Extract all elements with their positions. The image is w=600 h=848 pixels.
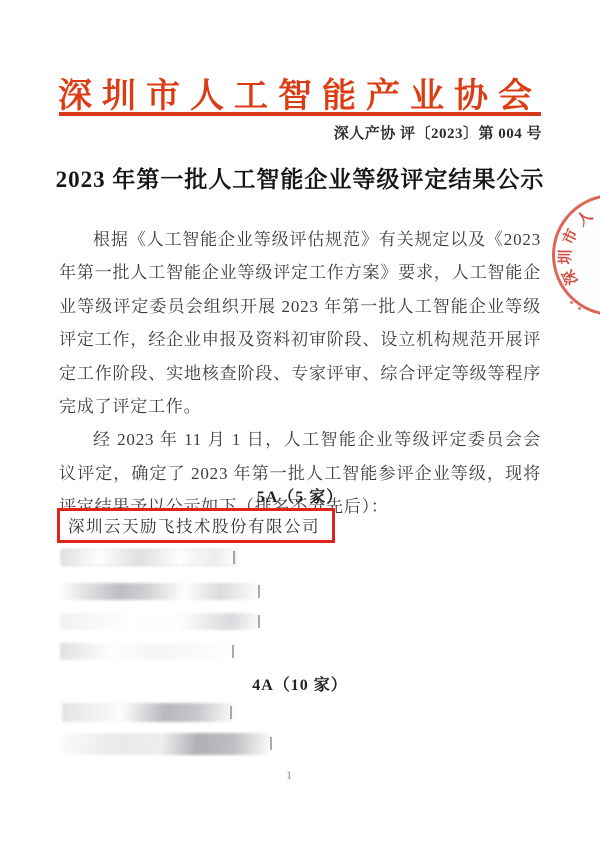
document-body: 根据《人工智能企业等级评估规范》有关规定以及《2023 年第一批人工智能企业等级… bbox=[59, 223, 541, 524]
scanned-document-page: { "document": { "org_name": "深圳市人工智能产业协会… bbox=[0, 0, 600, 848]
redacted-company-row bbox=[60, 643, 235, 660]
redaction-mark bbox=[230, 706, 232, 719]
redaction-mark bbox=[270, 737, 272, 750]
seal-dot bbox=[578, 307, 581, 310]
paragraph-1: 根据《人工智能企业等级评估规范》有关规定以及《2023 年第一批人工智能企业等级… bbox=[59, 223, 541, 423]
redacted-company-row bbox=[60, 613, 260, 630]
redacted-company-row bbox=[60, 549, 236, 566]
seal-character: 圳 bbox=[558, 249, 574, 265]
redaction-mark bbox=[232, 645, 234, 658]
highlighted-company-name: 深圳云天励飞技术股份有限公司 bbox=[68, 517, 320, 536]
letterhead-divider bbox=[59, 112, 541, 116]
redacted-company-row bbox=[62, 703, 234, 722]
letterhead-org-name: 深圳市人工智能产业协会 bbox=[0, 68, 600, 117]
section-heading-5a: 5A（5 家） bbox=[0, 484, 600, 507]
redaction-mark bbox=[258, 585, 260, 598]
page-title: 2023 年第一批人工智能企业等级评定结果公示 bbox=[0, 161, 600, 194]
redacted-company-row bbox=[60, 583, 260, 600]
highlighted-company-box: 深圳云天励飞技术股份有限公司 bbox=[57, 508, 335, 543]
section-heading-4a: 4A（10 家） bbox=[0, 672, 600, 695]
seal-dot bbox=[570, 301, 573, 304]
redaction-mark bbox=[258, 615, 260, 628]
redaction-mark bbox=[233, 551, 235, 564]
page-number: 1 bbox=[0, 768, 578, 783]
document-number: 深人产协 评〔2023〕第 004 号 bbox=[334, 122, 542, 143]
redacted-company-row bbox=[62, 733, 270, 755]
